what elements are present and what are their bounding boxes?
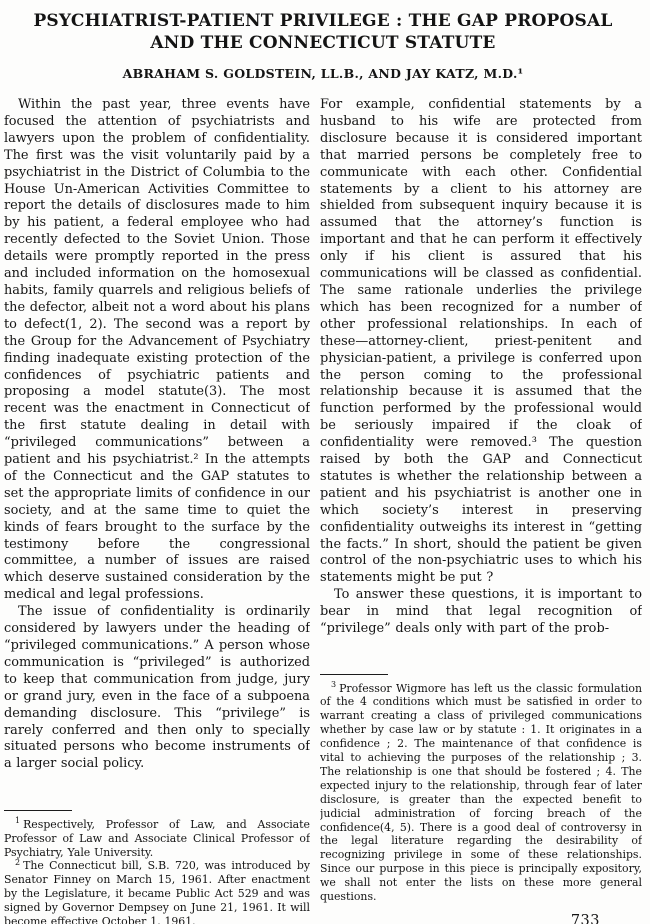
author-line: ABRAHAM S. GOLDSTEIN, LL.B., AND JAY KAT…: [4, 66, 642, 81]
footnote-1: 1Respectively, Professor of Law, and Ass…: [4, 818, 310, 860]
right-paragraph-2: To answer these questions, it is importa…: [320, 587, 642, 638]
page-number: 733: [320, 913, 642, 924]
footnote-3: 3Professor Wigmore has left us the class…: [320, 682, 642, 905]
paper-title-line-2: AND THE CONNECTICUT STATUTE: [4, 32, 642, 54]
footnote-2: 2The Connecticut bill, S.B. 720, was int…: [4, 859, 310, 924]
footnote-3-text: Professor Wigmore has left us the classi…: [320, 682, 642, 904]
footnote-2-marker: 2: [15, 858, 20, 867]
right-paragraph-1: For example, confidential statements by …: [320, 97, 642, 587]
left-footnote-block: 1Respectively, Professor of Law, and Ass…: [4, 804, 310, 924]
footnote-3-marker: 3: [331, 680, 336, 689]
left-column: Within the past year, three events have …: [4, 97, 310, 924]
paper-title: PSYCHIATRIST-PATIENT PRIVILEGE : THE GAP…: [4, 10, 642, 54]
left-paragraph-2: The issue of confidentiality is ordinari…: [4, 604, 310, 773]
footnote-1-text: Respectively, Professor of Law, and Asso…: [4, 818, 310, 859]
two-column-body: Within the past year, three events have …: [4, 97, 642, 924]
footnote-divider: [320, 674, 388, 675]
footnote-1-marker: 1: [15, 816, 20, 825]
footnote-divider: [4, 810, 72, 811]
paper-page: PSYCHIATRIST-PATIENT PRIVILEGE : THE GAP…: [0, 0, 650, 924]
left-paragraph-1: Within the past year, three events have …: [4, 97, 310, 604]
paper-title-line-1: PSYCHIATRIST-PATIENT PRIVILEGE : THE GAP…: [4, 10, 642, 32]
right-column: For example, confidential statements by …: [320, 97, 642, 924]
footnote-2-text: The Connecticut bill, S.B. 720, was intr…: [4, 859, 310, 924]
right-footnote-block: 3Professor Wigmore has left us the class…: [320, 668, 642, 924]
